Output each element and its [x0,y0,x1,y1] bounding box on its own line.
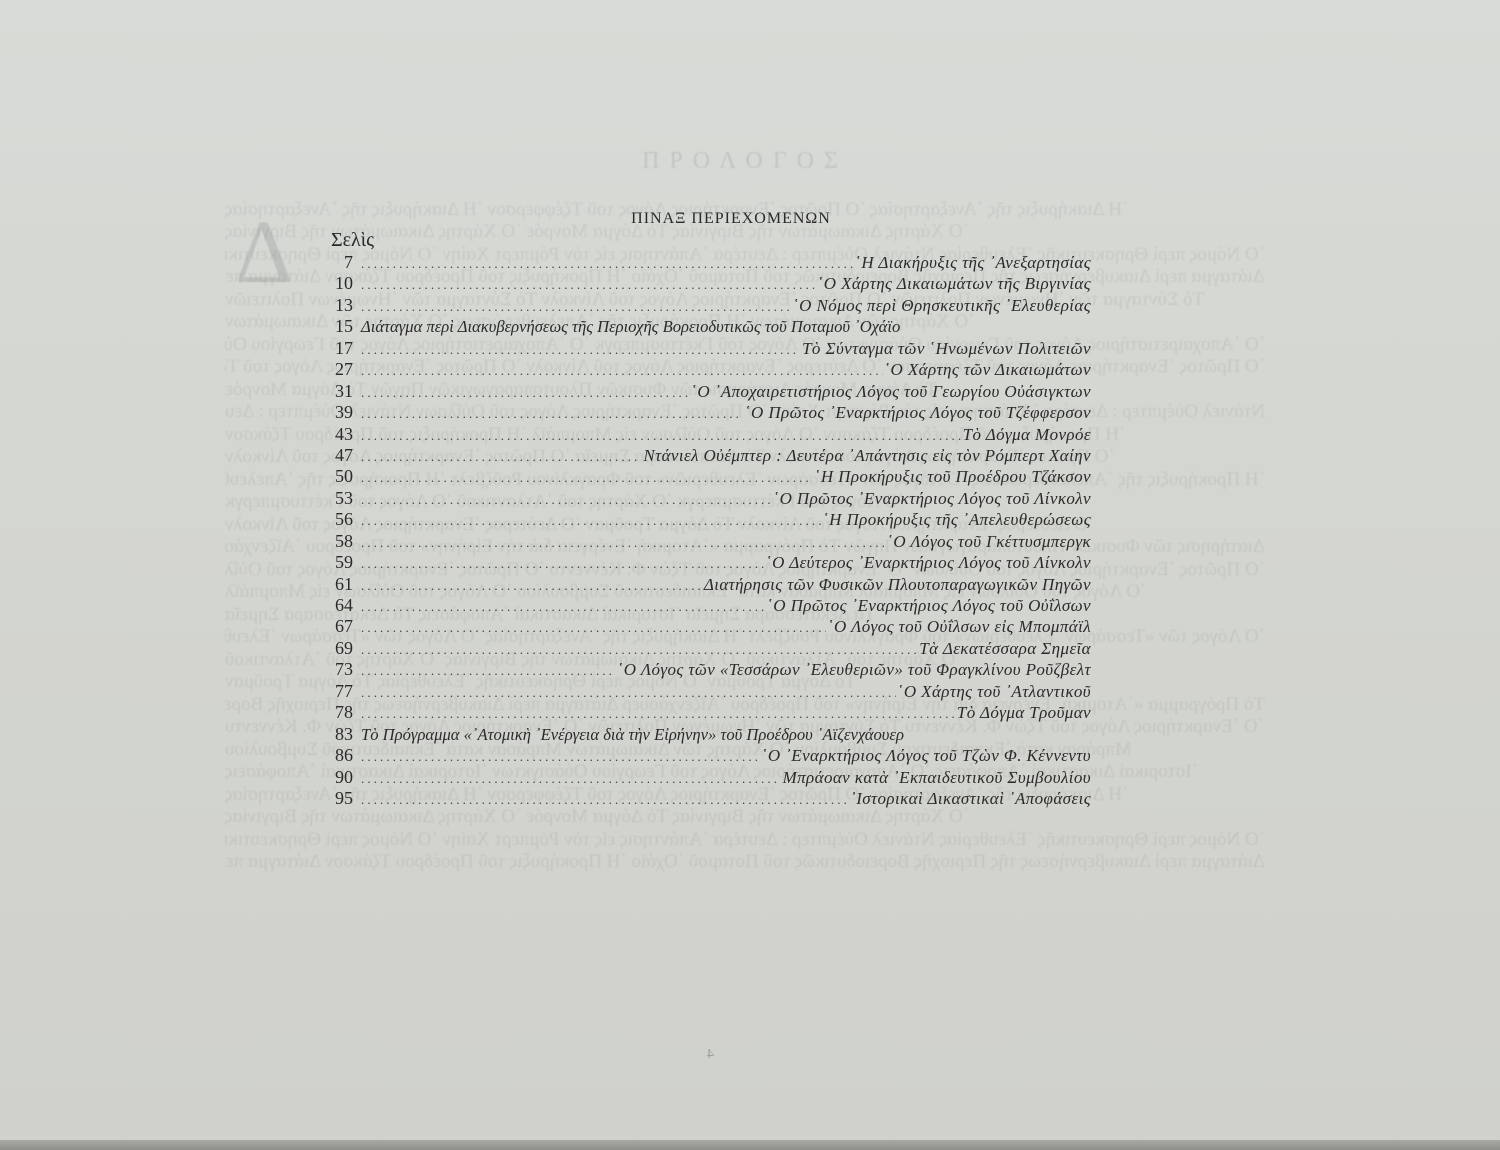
toc-entry: 56......................................… [331,509,1091,530]
toc-entry: 78......................................… [331,702,1091,723]
toc-entry-title: ῾Ο Λόγος τοῦ Οὐΐλσων εἰς Μπομπάϊλ [826,616,1091,637]
dot-leader: ........................................… [361,575,702,596]
page-bottom-edge [0,1140,1500,1150]
toc-entry-title: ῾Ο Πρῶτος ᾿Εναρκτήριος Λόγος τοῦ Τζέφφερ… [743,402,1091,423]
toc-entry-title: Τὸ Σύνταγμα τῶν ῾Ηνωμένων Πολιτειῶν [800,338,1091,359]
toc-page-number: 78 [331,702,353,723]
dot-leader: ........................................… [361,274,816,295]
toc-page-number: 17 [331,338,353,359]
toc-entry: 27......................................… [331,359,1091,380]
bleed-through-heading: ΠΡΟΛΟΓΟΣ [225,150,1265,173]
toc-page-number: 61 [331,574,353,595]
dot-leader: ........................................… [361,382,689,403]
toc-entry: 53......................................… [331,488,1091,509]
toc-entry-title: ῾Ο ᾿Εναρκτήριος Λόγος τοῦ Τζὼν Φ. Κέννεν… [760,745,1091,766]
toc-entry: 77......................................… [331,681,1091,702]
toc-page-number: 7 [331,252,353,273]
toc-entry-title: ῾Ο Χάρτης Δικαιωμάτων τῆς Βιργινίας [816,273,1091,294]
toc-page-number: 27 [331,359,353,380]
toc-entry-title: Τὰ Δεκατέσσαρα Σημεῖα [917,638,1091,659]
dot-leader: ........................................… [361,467,813,488]
toc-entry: 31......................................… [331,381,1091,402]
toc-entry: 10......................................… [331,273,1091,294]
toc-entry: 67......................................… [331,616,1091,637]
dot-leader: ........................................… [361,553,764,574]
toc-entry: 50......................................… [331,466,1091,487]
toc-page-number: 86 [331,745,353,766]
toc-entry-title: ῾Ο Δεύτερος ᾿Εναρκτήριος Λόγος τοῦ Λίνκο… [764,552,1091,573]
toc-page-number: 73 [331,659,353,680]
dot-leader: ........................................… [361,703,955,724]
toc-entry-title: ῾Ο Χάρτης τῶν Δικαιωμάτων [883,359,1092,380]
dot-leader: ........................................… [361,446,641,467]
toc-page-number: 15 [331,316,353,337]
dot-leader: ........................................… [361,360,883,381]
toc-entry-title: ῾Ο Λόγος τοῦ Γκέττυσμπεργκ [885,531,1091,552]
toc-page-number: 47 [331,445,353,466]
toc-entry-title: Τὸ Δόγμα Τροῦμαν [955,702,1091,723]
bleed-through-dropcap: Δ [235,208,293,298]
toc-entry-title: ῾Ο Χάρτης τοῦ ᾿Ατλαντικοῦ [896,681,1091,702]
toc-entry-title: Μπράοαν κατὰ ᾿Εκπαιδευτικοῦ Συμβουλίου [781,767,1091,788]
toc-entry: 47......................................… [331,445,1091,466]
toc-entry-title: ῾Ο Πρῶτος ᾿Εναρκτήριος Λόγος τοῦ Οὐΐλσων [765,595,1091,616]
toc-entry: 61......................................… [331,574,1091,595]
toc-entry: 73......................................… [331,659,1091,680]
toc-page-number: 31 [331,381,353,402]
toc-entry-title: ῾Ο Πρῶτος ᾿Εναρκτήριος Λόγος τοῦ Λίνκολν [772,488,1091,509]
toc-page-number: 83 [331,724,353,745]
toc-page-number: 56 [331,509,353,530]
dot-leader: ........................................… [361,425,961,446]
dot-leader: ........................................… [361,660,616,681]
toc-page-number: 39 [331,402,353,423]
scanned-page: ΠΡΟΛΟΓΟΣ Δ ῾Η Διακήρυξις τῆς ᾿Ανεξαρτησί… [0,0,1500,1140]
toc-page-number: 43 [331,424,353,445]
toc-entries: 7.......................................… [331,252,1091,809]
toc-page-number: 53 [331,488,353,509]
toc-entry-title: ῾Η Διακήρυξις τῆς ᾿Ανεξαρτησίας [853,252,1091,273]
toc-entry: 43......................................… [331,424,1091,445]
dot-leader: ........................................… [361,789,848,810]
dot-leader: ........................................… [361,296,791,317]
dot-leader: ........................................… [361,682,896,703]
toc-entry-title: Διάταγμα περὶ Διακυβερνήσεως τῆς Περιοχῆ… [361,316,900,337]
toc-entry: 39......................................… [331,402,1091,423]
dot-leader: ........................................… [361,489,772,510]
toc-entry-title: ῾Ο Λόγος τῶν «Τεσσάρων ᾿Ελευθεριῶν» τοῦ … [616,659,1091,680]
toc-page-number: 69 [331,638,353,659]
toc-entry: 58......................................… [331,531,1091,552]
toc-page-number: 67 [331,616,353,637]
toc-page-number: 95 [331,788,353,809]
toc-entry: 90......................................… [331,767,1091,788]
bleed-through-line: ῾Ο Νόμος περὶ Θρησκευτικῆς ᾿Ελευθερίας Ν… [225,829,1265,852]
toc-page-number: 64 [331,595,353,616]
toc-entry-title: Διατήρησις τῶν Φυσικῶν Πλουτοπαραγωγικῶν… [702,574,1091,595]
toc-entry: 95......................................… [331,788,1091,809]
toc-page-number: 10 [331,273,353,294]
toc-entry-title: ῾Η Προκήρυξις τῆς ᾿Απελευθερώσεως [821,509,1091,530]
dot-leader: ........................................… [361,510,821,531]
dot-leader: ........................................… [361,617,826,638]
dot-leader: ........................................… [361,403,743,424]
toc-entry-title: Τὸ Πρόγραμμα «᾿Ατομικὴ ᾿Ενέργεια διὰ τὴν… [361,724,904,745]
dot-leader: ........................................… [361,339,800,360]
toc-heading: ΠΙΝΑΞ ΠΕΡΙΕΧΟΜΕΝΩΝ [371,208,1091,230]
toc-entry: 17......................................… [331,338,1091,359]
toc-entry: 83Τὸ Πρόγραμμα «᾿Ατομικὴ ᾿Ενέργεια διὰ τ… [331,724,1091,745]
table-of-contents: ΠΙΝΑΞ ΠΕΡΙΕΧΟΜΕΝΩΝ Σελὶς 7..............… [331,208,1091,809]
toc-entry-title: ῾Η Προκήρυξις τοῦ Προέδρου Τζάκσον [813,466,1091,487]
toc-entry: 7.......................................… [331,252,1091,273]
page-column-label: Σελὶς [331,228,1091,252]
toc-entry: 59......................................… [331,552,1091,573]
dot-leader: ........................................… [361,768,781,789]
dot-leader: ........................................… [361,596,765,617]
toc-page-number: 13 [331,295,353,316]
bleed-through-line: Διάταγμα περὶ Διακυβερνήσεως τῆς Περιοχῆ… [225,851,1265,874]
dot-leader: ........................................… [361,253,853,274]
toc-entry: 69......................................… [331,638,1091,659]
dot-leader: ........................................… [361,532,885,553]
toc-entry-title: Τὸ Δόγμα Μονρόε [961,424,1091,445]
toc-page-number: 58 [331,531,353,552]
toc-page-number: 90 [331,767,353,788]
toc-entry-title: ῾Ο Νόμος περὶ Θρησκευτικῆς ᾿Ελευθερίας [791,295,1091,316]
dot-leader: ........................................… [361,746,760,767]
toc-entry-title: ῾Ο ᾿Αποχαιρετιστήριος Λόγος τοῦ Γεωργίου… [689,381,1091,402]
toc-page-number: 77 [331,681,353,702]
dot-leader: ........................................… [361,639,917,660]
page-number-mark: 4 [707,1047,714,1063]
toc-entry: 64......................................… [331,595,1091,616]
toc-entry-title: Ντάνιελ Οὐέμπτερ : Δευτέρα ᾿Απάντησις εἰ… [641,445,1091,466]
toc-entry-title: ᾿Ιστορικαὶ Δικαστικαὶ ᾿Αποφάσεις [848,788,1091,809]
toc-page-number: 50 [331,466,353,487]
toc-page-number: 59 [331,552,353,573]
toc-entry: 15Διάταγμα περὶ Διακυβερνήσεως τῆς Περιο… [331,316,1091,337]
toc-entry: 86......................................… [331,745,1091,766]
toc-entry: 13......................................… [331,295,1091,316]
